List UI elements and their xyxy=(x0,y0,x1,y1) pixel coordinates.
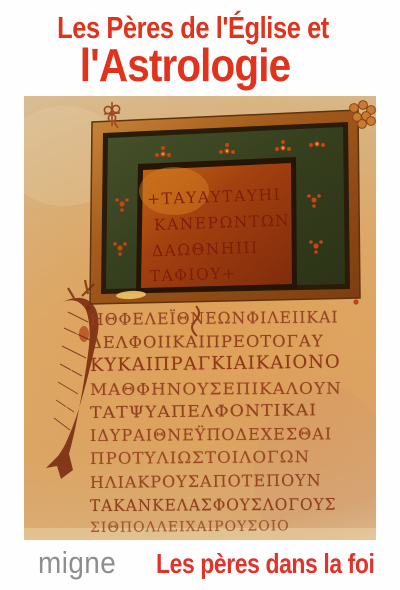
manuscript-line: ΤΑΤΨΥΑΠΕΛΦΟΝΤΙΚΑΙ xyxy=(90,400,317,422)
book-cover: Les Pères de l'Église et l'Astrologie xyxy=(0,0,400,590)
collection-title: Les pères dans la foi xyxy=(155,548,374,580)
manuscript-line: ΣΙΘΠΟΛΛΕΙΧΑΙΡΟΥΣΟΙΟ xyxy=(90,518,290,536)
inscription-line: ΤΑΦΙΟΥ+ xyxy=(149,264,236,285)
inscription-line: ΔΑΩΘΝΗΙΙΙ xyxy=(152,239,259,261)
manuscript-photo: +ΤΑΥΑΥΤΑΥΗΙ ΚΑΝΕΡΩΝΤΩΝ ΔΑΩΘΝΗΙΙΙ ΤΑΦΙΟΥ+ xyxy=(24,96,376,540)
manuscript-line: ΠΡΟΤΥΛΙΩΣΤΟΙΛΟΓΩΝ xyxy=(90,447,310,468)
book-title-line2: l'Astrologie xyxy=(22,38,348,92)
manuscript-line: ΗΛΙΑΚΡΟΥΣΑΠΟΤΕΠΟΥΝ xyxy=(90,471,322,492)
manuscript-line: ΙΔΥΡΑΙΘΝΕΫΠΟΔΕΧΕΣΘΑΙ xyxy=(90,424,332,445)
manuscript-line: ΤΑΚΑΝΚΕΛΑΣΦΟΥΣΛΟΓΟΥΣ xyxy=(90,495,337,515)
publisher-logo: migne xyxy=(38,545,116,581)
manuscript-line: ΔΕΛΦΟΙΙΚΑΙΠΡΕΟΤΟΓΑΥ xyxy=(90,331,324,352)
manuscript-line: ΜΑΘΦΗΝΟΥΣΕΠΙΚΑΛΟΥΝ xyxy=(90,379,342,399)
manuscript-line: ΚΥΚΑΙΠΡΑΓΚΙΑΙΚΑΙΟΝΟ xyxy=(90,352,341,376)
manuscript-line: ΗΘΦΕΛΕΪΘΝΕΩΝΦΙΛΕΙΙΚΑΙ xyxy=(90,307,339,329)
